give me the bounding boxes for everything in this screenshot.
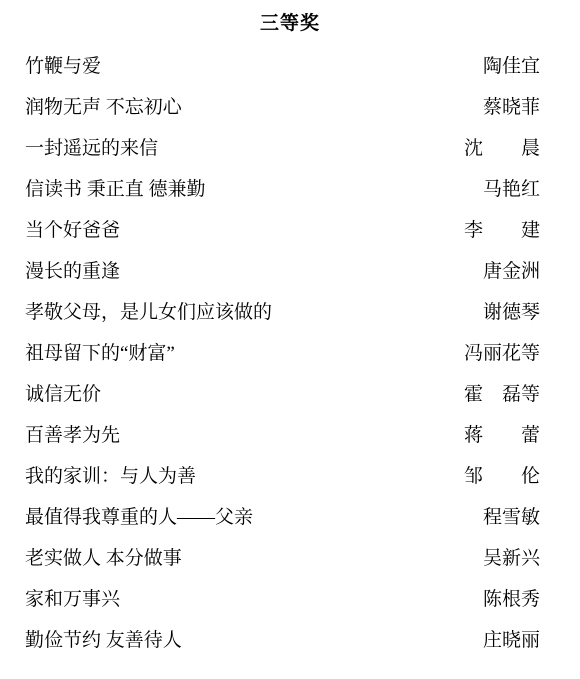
award-entry-row: 我的家训：与人为善 邹 伦 <box>25 454 540 495</box>
essay-title: 老实做人 本分做事 <box>25 543 483 570</box>
award-entry-row: 信读书 秉正直 德兼勤 马艳红 <box>25 167 540 208</box>
award-entry-row: 祖母留下的“财富” 冯丽花等 <box>25 331 540 372</box>
essay-title: 润物无声 不忘初心 <box>25 92 483 119</box>
page-title: 三等奖 <box>0 3 580 44</box>
author-name: 冯丽花等 <box>464 338 540 365</box>
award-entry-row: 漫长的重逢 唐金洲 <box>25 249 540 290</box>
award-entry-row: 诚信无价 霍 磊等 <box>25 372 540 413</box>
essay-title: 最值得我尊重的人——父亲 <box>25 502 483 529</box>
author-name: 沈 晨 <box>464 133 540 160</box>
author-name: 谢德琴 <box>483 297 540 324</box>
author-name: 蔡晓菲 <box>483 92 540 119</box>
essay-title: 百善孝为先 <box>25 420 464 447</box>
author-name: 霍 磊等 <box>464 379 540 406</box>
award-entry-row: 孝敬父母，是儿女们应该做的 谢德琴 <box>25 290 540 331</box>
essay-title: 竹鞭与爱 <box>25 51 483 78</box>
essay-title: 勤俭节约 友善待人 <box>25 625 483 652</box>
essay-title: 孝敬父母，是儿女们应该做的 <box>25 297 483 324</box>
author-name: 程雪敏 <box>483 502 540 529</box>
essay-title: 家和万事兴 <box>25 584 483 611</box>
award-entry-row: 最值得我尊重的人——父亲 程雪敏 <box>25 495 540 536</box>
award-entry-row: 老实做人 本分做事 吴新兴 <box>25 536 540 577</box>
essay-title: 我的家训：与人为善 <box>25 461 464 488</box>
author-name: 马艳红 <box>483 174 540 201</box>
author-name: 庄晓丽 <box>483 625 540 652</box>
author-name: 蒋 蕾 <box>464 420 540 447</box>
document-page: 三等奖 竹鞭与爱 陶佳宜 润物无声 不忘初心 蔡晓菲 一封遥远的来信 沈 晨 信… <box>0 0 580 679</box>
author-name: 陶佳宜 <box>483 51 540 78</box>
essay-title: 一封遥远的来信 <box>25 133 464 160</box>
award-entry-row: 一封遥远的来信 沈 晨 <box>25 126 540 167</box>
author-name: 李 建 <box>464 215 540 242</box>
essay-title: 祖母留下的“财富” <box>25 338 464 365</box>
author-name: 唐金洲 <box>483 256 540 283</box>
author-name: 陈根秀 <box>483 584 540 611</box>
award-entry-row: 勤俭节约 友善待人 庄晓丽 <box>25 618 540 659</box>
essay-title: 信读书 秉正直 德兼勤 <box>25 174 483 201</box>
award-entry-row: 家和万事兴 陈根秀 <box>25 577 540 618</box>
author-name: 吴新兴 <box>483 543 540 570</box>
essay-title: 诚信无价 <box>25 379 464 406</box>
award-entry-row: 润物无声 不忘初心 蔡晓菲 <box>25 85 540 126</box>
essay-title: 当个好爸爸 <box>25 215 464 242</box>
award-entry-row: 当个好爸爸 李 建 <box>25 208 540 249</box>
essay-title: 漫长的重逢 <box>25 256 483 283</box>
author-name: 邹 伦 <box>464 461 540 488</box>
award-entry-row: 百善孝为先 蒋 蕾 <box>25 413 540 454</box>
award-entry-row: 竹鞭与爱 陶佳宜 <box>25 44 540 85</box>
